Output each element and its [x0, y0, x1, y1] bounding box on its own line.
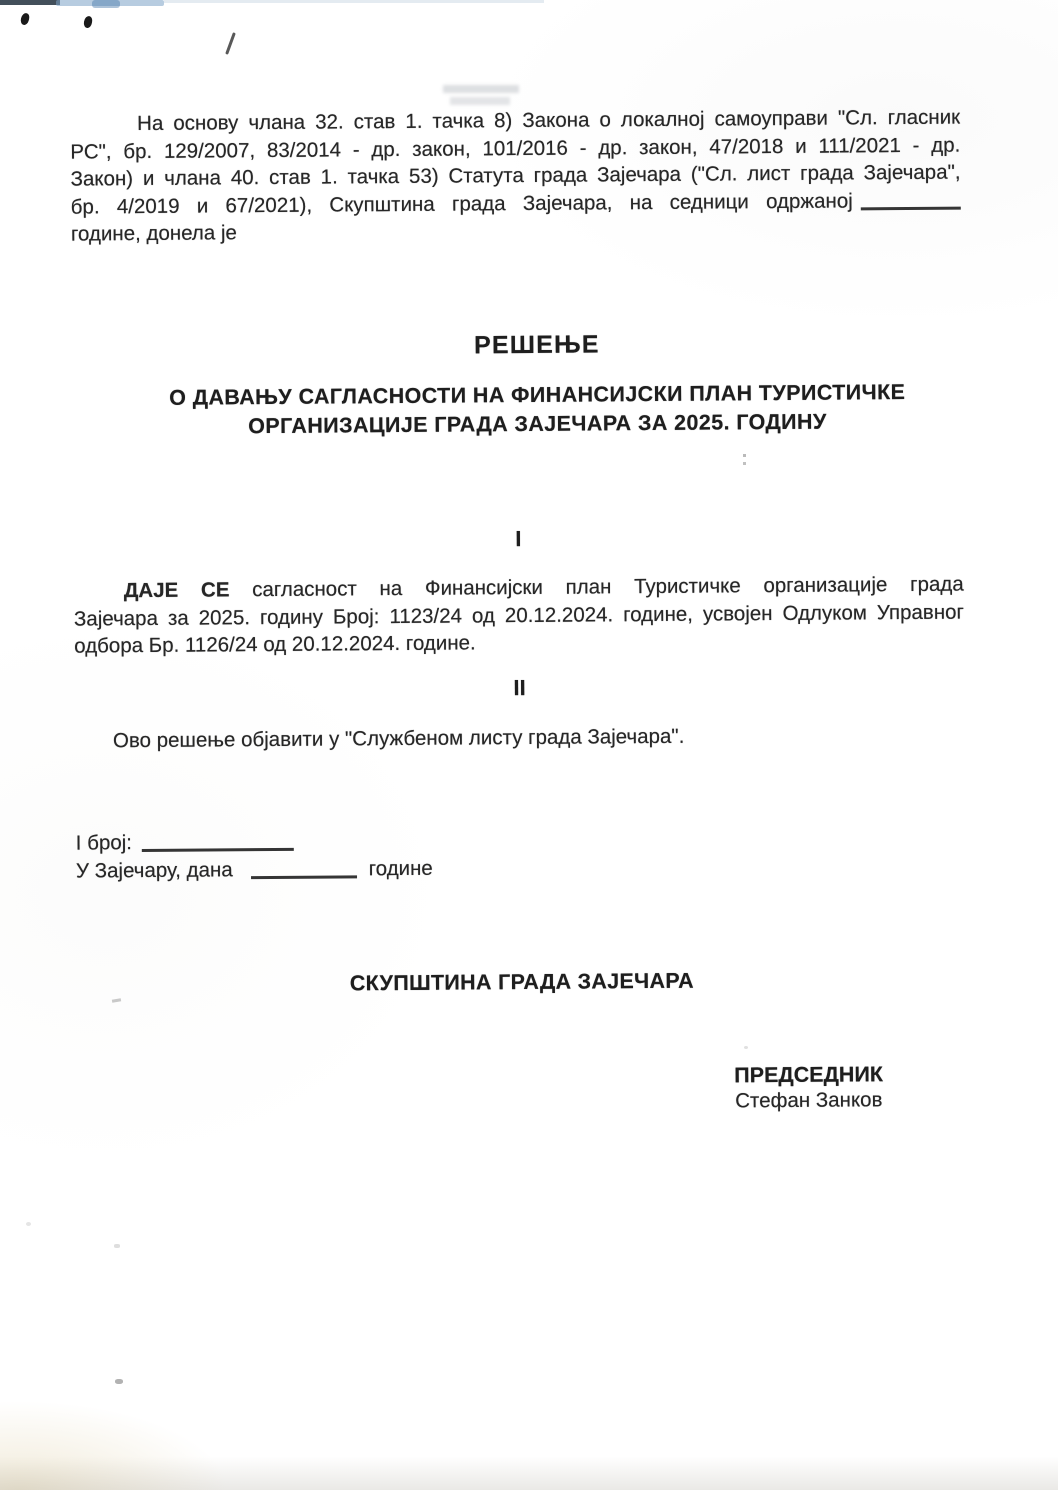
- fill-in-blank-line: [251, 875, 357, 879]
- assembly-name: СКУПШТИНА ГРАДА ЗАЈЕЧАРА: [77, 967, 967, 999]
- line-text: сагласност на Финансијски план Туристичк…: [229, 573, 963, 602]
- year-label: године: [369, 856, 433, 880]
- scanned-document-page: На основу члана 32. став 1. тачка 8) Зак…: [0, 0, 1058, 1490]
- fill-in-blank-line: [861, 206, 961, 210]
- document-subject: О ДАВАЊУ САГЛАСНОСТИ НА ФИНАНСИЈСКИ ПЛАН…: [92, 377, 982, 441]
- section-2-text: Ово решење објавити у "Службеном листу г…: [75, 721, 965, 755]
- section-2-paragraph: Ово решење објавити у "Службеном листу г…: [75, 721, 965, 755]
- number-date-block: I број: У Зајечару, данагодине: [76, 823, 966, 885]
- section-1-numeral: I: [73, 523, 963, 556]
- number-label: I број:: [76, 831, 132, 854]
- president-title: ПРЕДСЕДНИК: [703, 1061, 915, 1089]
- president-name: Стефан Занков: [703, 1087, 915, 1115]
- bold-lead-text: ДАЈЕ СЕ: [124, 578, 230, 602]
- line-text: бр. 4/2019 и 67/2021), Скупштина града З…: [71, 189, 853, 218]
- section-1-paragraph: ДАЈЕ СЕ сагласност на Финансијски план Т…: [74, 571, 965, 660]
- intro-paragraph: На основу члана 32. став 1. тачка 8) Зак…: [70, 104, 961, 248]
- line-text: Зајечара за 2025. годину Број: 1123/24 о…: [74, 600, 964, 630]
- line-text: На основу члана 32. став 1. тачка 8) Зак…: [137, 106, 960, 135]
- text-line: године, донела је: [71, 214, 961, 248]
- section-2-numeral: II: [74, 672, 964, 705]
- line-text: Закон) и члана 40. став 1. тачка 53) Ста…: [70, 161, 960, 191]
- text-line: одбора Бр. 1126/24 од 20.12.2024. године…: [74, 626, 964, 660]
- fill-in-blank-line: [142, 848, 294, 852]
- document-content: На основу члана 32. став 1. тачка 8) Зак…: [0, 0, 1058, 1490]
- document-title: РЕШЕЊЕ: [92, 327, 982, 363]
- line-text: одбора Бр. 1126/24 од 20.12.2024. године…: [74, 631, 476, 657]
- signature-block: ПРЕДСЕДНИК Стефан Занков: [703, 1061, 915, 1115]
- place-label: У Зајечару, дана: [76, 858, 233, 882]
- line-text: године, донела је: [71, 221, 237, 245]
- line-text: РС", бр. 129/2007, 83/2014 - др. закон, …: [70, 133, 960, 163]
